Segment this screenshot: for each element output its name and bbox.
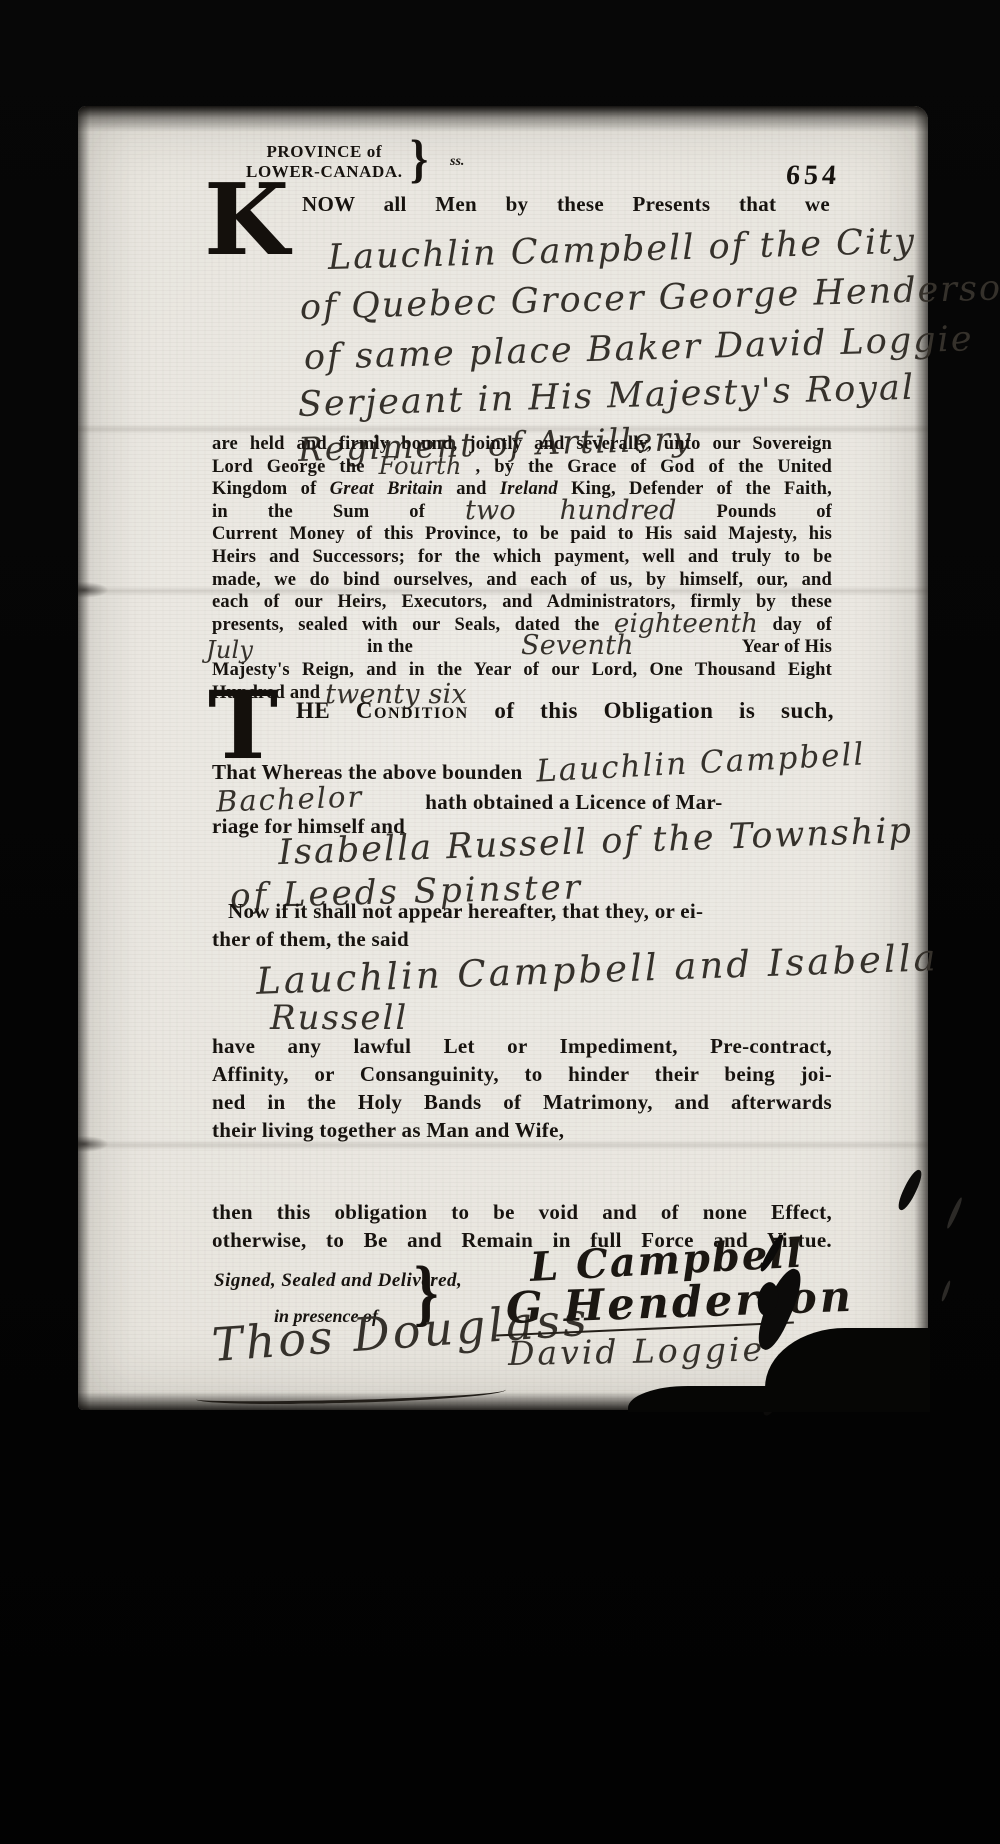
handwritten-fill: Bachelor <box>215 779 363 818</box>
opening-line: NOW all Men by these Presents that we <box>302 192 830 217</box>
background-streak <box>945 1196 963 1229</box>
handwritten-party-line: of Quebec Grocer George Henderson <box>299 268 1000 328</box>
bond-line: Lord George the Fourth , by the Grace of… <box>212 456 832 479</box>
bond-text: Year of His <box>742 636 832 659</box>
province-line1: PROVINCE of <box>246 142 403 162</box>
impediment-line: have any lawful Let or Impediment, Pre-c… <box>212 1032 832 1060</box>
bond-line: Heirs and Successors; for the which paym… <box>212 546 832 569</box>
bond-text-italic: Great Britain <box>330 479 443 499</box>
handwritten-party-line: Serjeant in His Majesty's Royal <box>297 368 915 425</box>
bond-text: are held and firmly bound, jointly and s… <box>212 434 832 454</box>
background-streak <box>940 1280 951 1302</box>
bond-line: made, we do bind ourselves, and each of … <box>212 569 832 592</box>
closing-line: then this obligation to be void and of n… <box>212 1198 832 1226</box>
condition-line: Bachelor hath obtained a Licence of Mar- <box>216 782 723 816</box>
bond-text: , by the Grace of God of the United <box>476 457 833 477</box>
bond-line: in the Sum of two hundred Pounds of <box>212 501 832 524</box>
bond-text: Lord George the <box>212 457 365 477</box>
heading-text: of this Obligation is such, <box>494 698 834 723</box>
header-brace: } <box>410 128 428 189</box>
party-signature: David Loggie <box>508 1330 766 1373</box>
scan-background: PROVINCE of LOWER-CANADA. } ss. 654 K NO… <box>0 0 1000 1844</box>
bond-text: Heirs and Successors; for the which paym… <box>212 547 832 567</box>
party-signature: G Henderson <box>505 1272 855 1334</box>
bond-line: are held and firmly bound, jointly and s… <box>212 433 832 456</box>
jurat-abbreviation: ss. <box>450 154 464 170</box>
handwritten-fill: Fourth <box>379 452 462 480</box>
page-left-shadow <box>78 106 90 1410</box>
page-top-shadow <box>78 106 928 132</box>
bond-text: in the Sum of <box>212 502 425 522</box>
bond-text: day of <box>772 615 832 635</box>
impediment-line: Affinity, or Consanguinity, to hinder th… <box>212 1060 832 1088</box>
impediment-line: ned in the Holy Bands of Matrimony, and … <box>212 1088 832 1116</box>
bond-line: Current Money of this Province, to be pa… <box>212 523 832 546</box>
bond-text: Kingdom of <box>212 479 316 499</box>
bond-text: in the <box>367 636 413 659</box>
handwritten-fill: eighteenth <box>614 609 758 639</box>
document-page: PROVINCE of LOWER-CANADA. } ss. 654 K NO… <box>78 106 928 1410</box>
edge-smudge <box>78 1136 108 1152</box>
impediment-line: their living together as Man and Wife, <box>212 1116 832 1144</box>
corner-damage <box>765 1328 930 1412</box>
bond-line: Majesty's Reign, and in the Year of our … <box>212 659 832 682</box>
edge-smudge <box>78 582 108 598</box>
page-number: 654 <box>785 160 841 192</box>
bond-text: Current Money of this Province, to be pa… <box>212 524 832 544</box>
bond-text: made, we do bind ourselves, and each of … <box>212 570 832 590</box>
handwritten-party-line: Lauchlin Campbell of the City <box>327 222 916 278</box>
heading-text: HE <box>296 698 330 723</box>
bond-text: Majesty's Reign, and in the Year of our … <box>212 660 832 680</box>
heading-smallcaps: Condition <box>356 698 469 723</box>
bond-text: Pounds of <box>717 502 833 522</box>
condition-text: hath obtained a Licence of Mar- <box>425 790 722 815</box>
impediment-paragraph: have any lawful Let or Impediment, Pre-c… <box>212 1032 832 1144</box>
condition-line: Now if it shall not appear hereafter, th… <box>228 899 832 924</box>
condition-heading: HE Condition of this Obligation is such, <box>296 698 834 724</box>
bond-paragraph: are held and firmly bound, jointly and s… <box>212 433 832 704</box>
dropcap-K: K <box>204 180 289 262</box>
handwritten-fill: two hundred <box>465 495 677 526</box>
bond-line: Julyin theSeventhYear of His <box>212 636 832 659</box>
condition-line: ther of them, the said <box>212 927 409 952</box>
